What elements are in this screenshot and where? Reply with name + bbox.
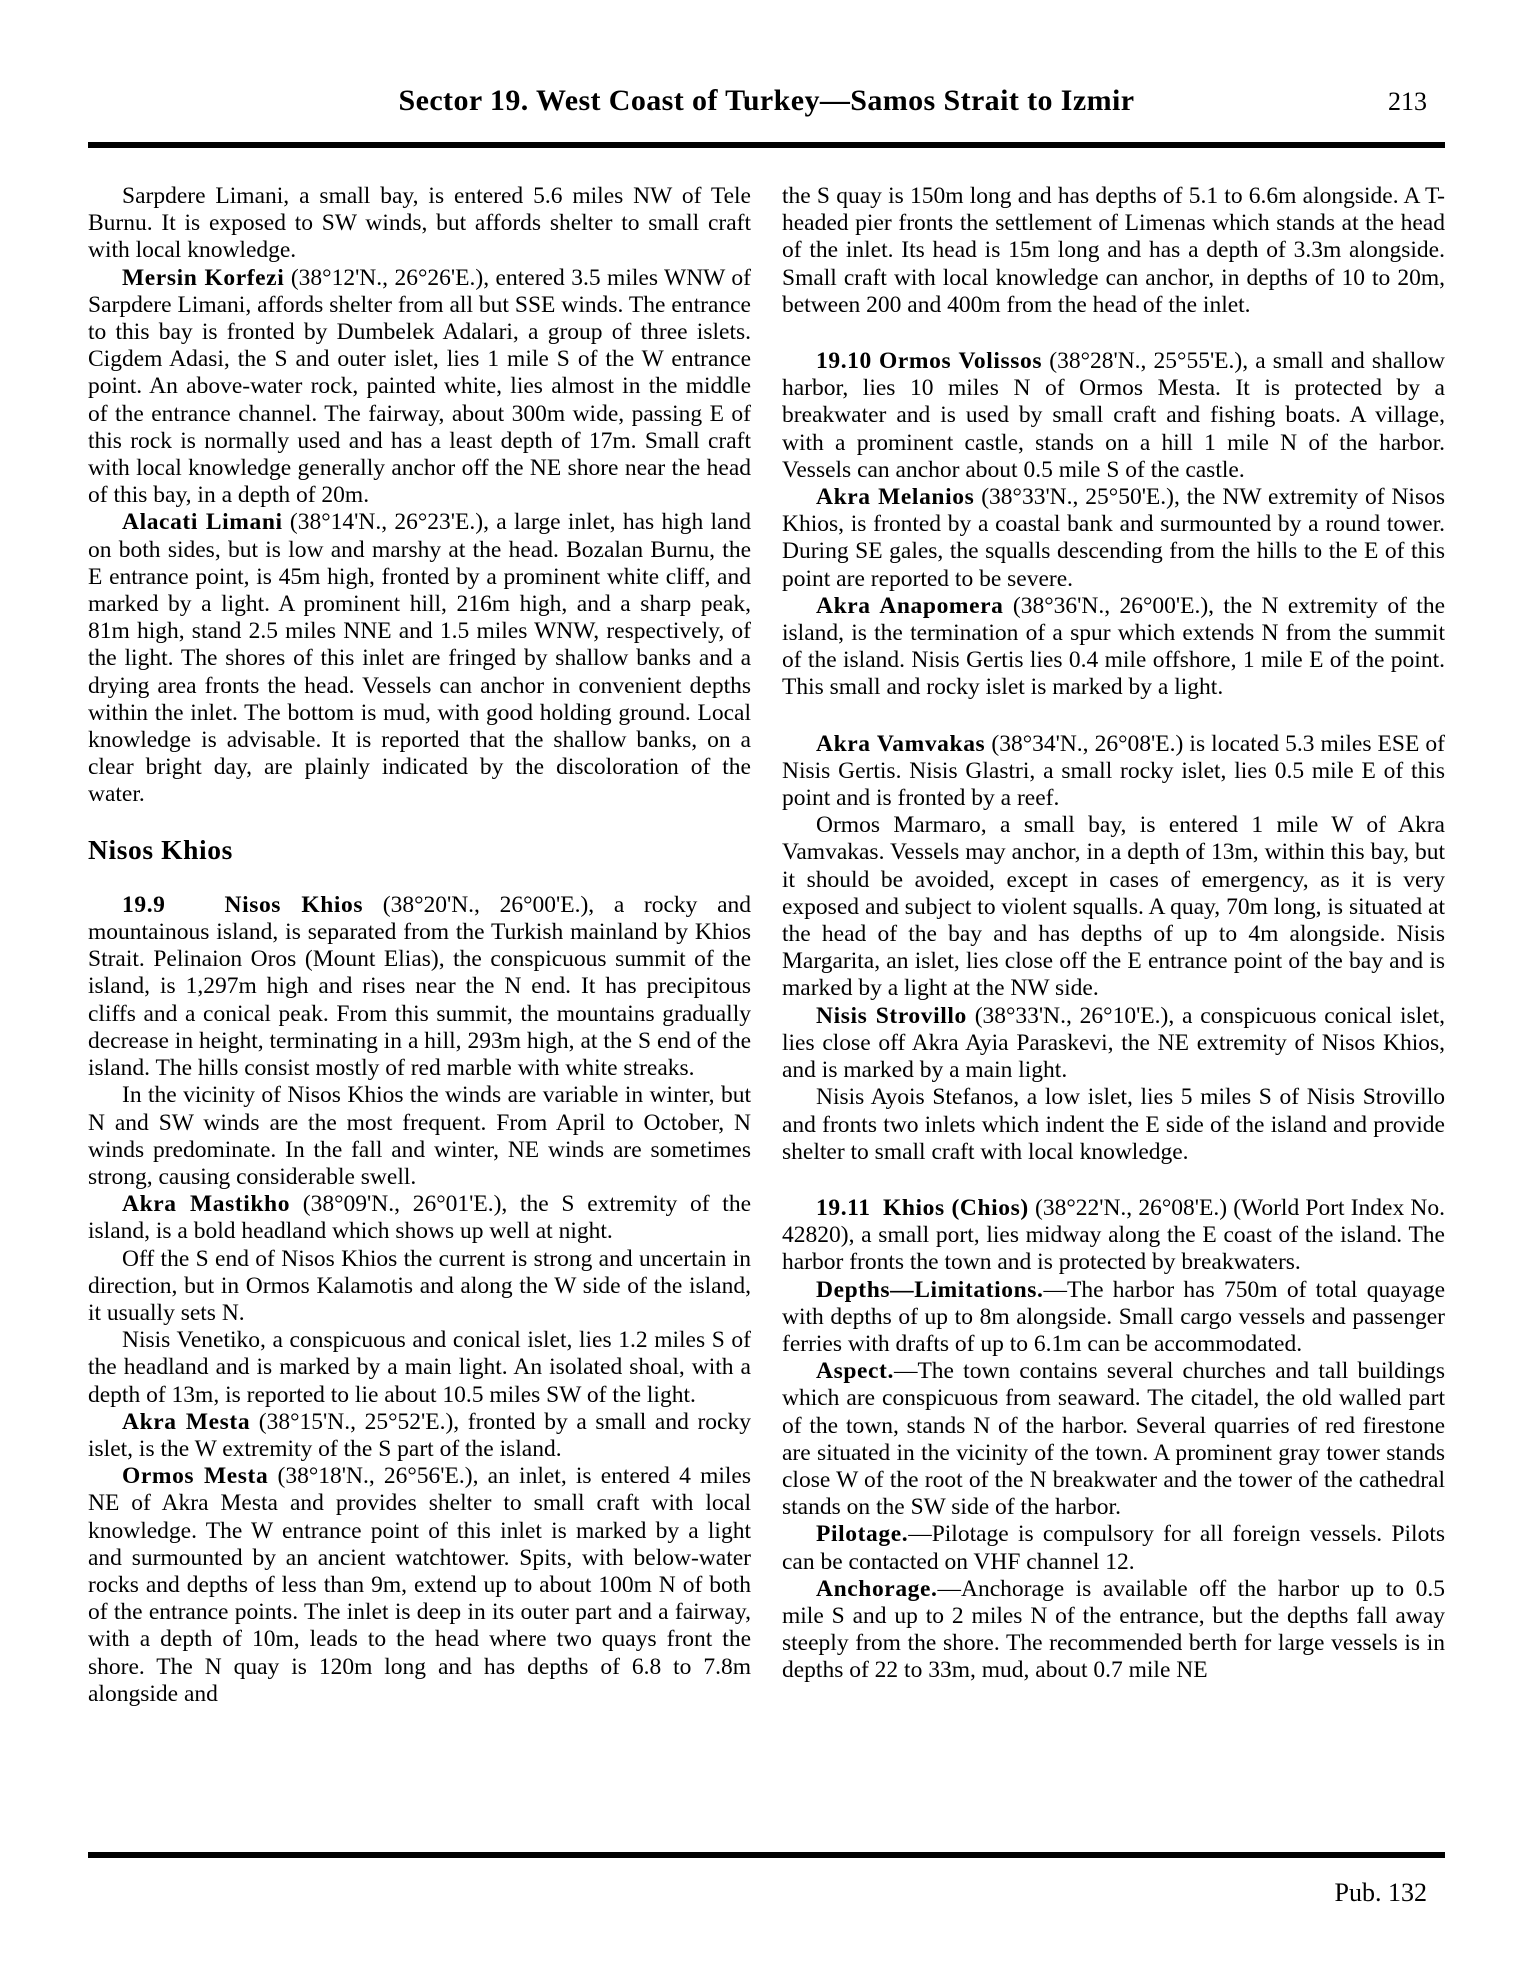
bold-text: 19.11 xyxy=(816,1195,871,1221)
paragraph: Pilotage.—Pilotage is compulsory for all… xyxy=(782,1521,1445,1575)
bold-text: 19.9 xyxy=(122,892,166,918)
paragraph: Sarpdere Limani, a small bay, is entered… xyxy=(88,183,751,265)
page-header: Sector 19. West Coast of Turkey—Samos St… xyxy=(88,84,1445,126)
section-heading: Nisos Khios xyxy=(88,836,751,863)
bold-text: Akra Vamvakas xyxy=(816,731,985,757)
page-number: 213 xyxy=(1388,87,1427,117)
body-text: (38°20'N., 26°00'E.), a rocky and mounta… xyxy=(88,892,751,1081)
paragraph: Ormos Mesta (38°18'N., 26°56'E.), an inl… xyxy=(88,1463,751,1708)
body-text xyxy=(872,348,879,374)
page-title: Sector 19. West Coast of Turkey—Samos St… xyxy=(88,84,1445,118)
body-text xyxy=(871,1195,883,1221)
bold-text: Nisis Strovillo xyxy=(816,1003,967,1029)
paragraph: Akra Anapomera (38°36'N., 26°00'E.), the… xyxy=(782,593,1445,702)
header-rule xyxy=(88,142,1445,148)
bold-text: Nisos Khios xyxy=(88,834,233,865)
bold-text: Akra Mesta xyxy=(122,1409,250,1435)
bold-text: Pilotage. xyxy=(816,1521,908,1547)
paragraph: Akra Vamvakas (38°34'N., 26°08'E.) is lo… xyxy=(782,731,1445,813)
left-column: Sarpdere Limani, a small bay, is entered… xyxy=(88,183,751,1708)
body-text: (38°18'N., 26°56'E.), an inlet, is enter… xyxy=(88,1463,751,1707)
bold-text: Alacati Limani xyxy=(122,509,283,535)
paragraph: Alacati Limani (38°14'N., 26°23'E.), a l… xyxy=(88,509,751,808)
paragraph: Mersin Korfezi (38°12'N., 26°26'E.), ent… xyxy=(88,265,751,510)
body-text: Sarpdere Limani, a small bay, is entered… xyxy=(88,183,751,263)
paragraph: In the vicinity of Nisos Khios the winds… xyxy=(88,1082,751,1191)
bold-text: Aspect. xyxy=(816,1358,894,1384)
bold-text: Ormos Volissos xyxy=(879,348,1042,374)
paragraph: the S quay is 150m long and has depths o… xyxy=(782,183,1445,319)
bold-text: Khios (Chios) xyxy=(883,1195,1029,1221)
body-text: the S quay is 150m long and has depths o… xyxy=(782,183,1445,318)
paragraph: Akra Mastikho (38°09'N., 26°01'E.), the … xyxy=(88,1191,751,1245)
body-text: (38°14'N., 26°23'E.), a large inlet, has… xyxy=(88,509,751,807)
bold-text: Ormos Mesta xyxy=(122,1463,268,1489)
paragraph: Nisis Strovillo (38°33'N., 26°10'E.), a … xyxy=(782,1003,1445,1085)
body-text: Nisis Ayois Stefanos, a low islet, lies … xyxy=(782,1084,1445,1164)
paragraph: Off the S end of Nisos Khios the current… xyxy=(88,1246,751,1328)
body-text: Off the S end of Nisos Khios the current… xyxy=(88,1246,751,1326)
bold-text: Anchorage. xyxy=(816,1576,938,1602)
numbered-paragraph: 19.11 Khios (Chios) (38°22'N., 26°08'E.)… xyxy=(782,1195,1445,1277)
paragraph: Nisis Venetiko, a conspicuous and conica… xyxy=(88,1327,751,1409)
numbered-paragraph: 19.10 Ormos Volissos (38°28'N., 25°55'E.… xyxy=(782,348,1445,484)
body-text: Ormos Marmaro, a small bay, is entered 1… xyxy=(782,812,1445,1001)
paragraph: Nisis Ayois Stefanos, a low islet, lies … xyxy=(782,1084,1445,1166)
bold-text: Akra Melanios xyxy=(816,484,974,510)
bold-text: Depths—Limitations. xyxy=(816,1277,1044,1303)
paragraph: Depths—Limitations.—The harbor has 750m … xyxy=(782,1277,1445,1359)
paragraph: Ormos Marmaro, a small bay, is entered 1… xyxy=(782,812,1445,1002)
numbered-paragraph: 19.9 Nisos Khios (38°20'N., 26°00'E.), a… xyxy=(88,892,751,1082)
bold-text: 19.10 xyxy=(816,348,872,374)
paragraph: Akra Mesta (38°15'N., 25°52'E.), fronted… xyxy=(88,1409,751,1463)
body-text: In the vicinity of Nisos Khios the winds… xyxy=(88,1082,751,1190)
footer-rule xyxy=(88,1852,1445,1858)
body-text: (38°12'N., 26°26'E.), entered 3.5 miles … xyxy=(88,265,751,509)
paragraph: Akra Melanios (38°33'N., 25°50'E.), the … xyxy=(782,484,1445,593)
paragraph: Aspect.—The town contains several church… xyxy=(782,1358,1445,1521)
body-text: Nisis Venetiko, a conspicuous and conica… xyxy=(88,1327,751,1407)
bold-text: Mersin Korfezi xyxy=(122,265,284,291)
text-columns: Sarpdere Limani, a small bay, is entered… xyxy=(88,183,1445,1708)
publication-label: Pub. 132 xyxy=(1335,1878,1427,1908)
bold-text: Akra Mastikho xyxy=(122,1191,290,1217)
bold-text: Akra Anapomera xyxy=(816,593,1004,619)
body-text xyxy=(166,892,225,918)
bold-text: Nisos Khios xyxy=(225,892,364,918)
paragraph: Anchorage.—Anchorage is available off th… xyxy=(782,1576,1445,1685)
document-page: Sector 19. West Coast of Turkey—Samos St… xyxy=(0,0,1530,1980)
right-column: the S quay is 150m long and has depths o… xyxy=(782,183,1445,1708)
